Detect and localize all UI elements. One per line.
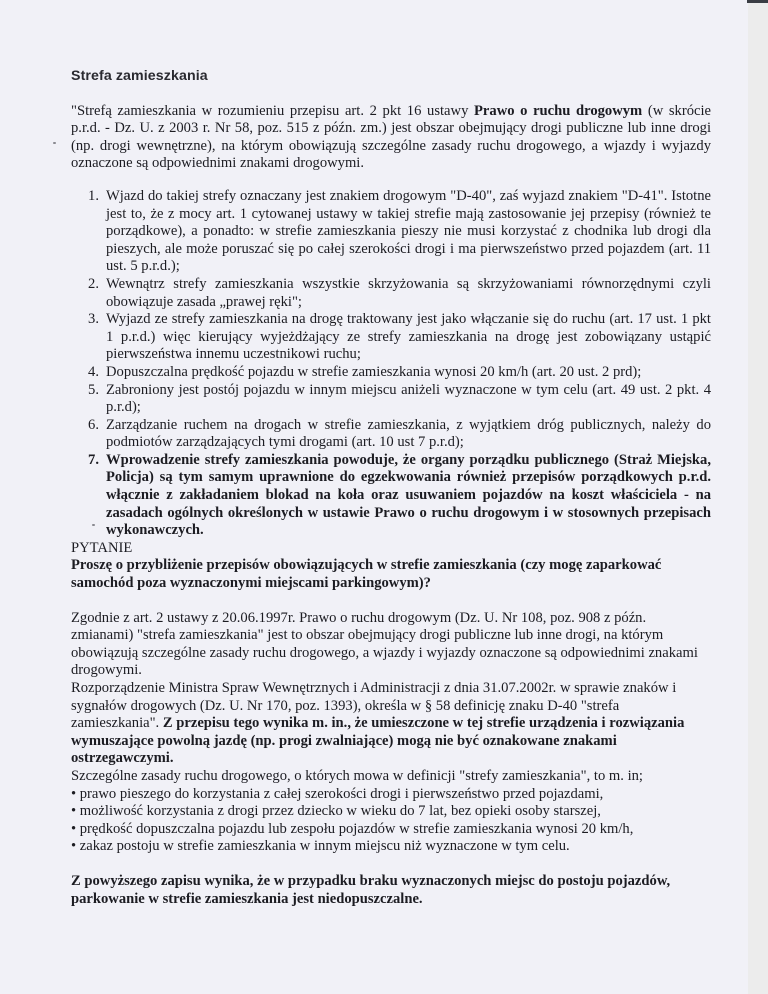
regulation-emphasis: Z przepisu tego wynika m. in., że umiesz…	[71, 715, 684, 766]
rule-item-1: Wjazd do takiej strefy oznaczany jest zn…	[106, 188, 711, 276]
intro-paragraph: "Strefą zamieszkania w rozumieniu przepi…	[71, 103, 711, 173]
bullet-item-2: • możliwość korzystania z drogi przez dz…	[71, 803, 711, 821]
question-text: Proszę o przybliżenie przepisów obowiązu…	[71, 557, 711, 592]
rule-item-3: Wyjazd ze strefy zamieszkania na drogę t…	[106, 311, 711, 364]
bullet-item-1: • prawo pieszego do korzystania z całej …	[71, 786, 711, 804]
scan-edge-strip	[748, 0, 768, 994]
rule-item-4: Dopuszczalna prędkość pojazdu w strefie …	[106, 364, 711, 382]
answer-section: Zgodnie z art. 2 ustawy z 20.06.1997r. P…	[71, 610, 711, 856]
scan-corner-mark	[747, 0, 768, 3]
rule-item-6: Zarządzanie ruchem na drogach w strefie …	[106, 417, 711, 452]
spacer	[71, 856, 711, 873]
intro-text-start: "Strefą zamieszkania w rozumieniu przepi…	[71, 103, 474, 119]
rule-item-5: Zabroniony jest postój pojazdu w innym m…	[106, 382, 711, 417]
intro-law-name: Prawo o ruchu drogowym	[474, 103, 642, 119]
rule-item-2: Wewnątrz strefy zamieszkania wszystkie s…	[106, 276, 711, 311]
bullet-item-3: • prędkość dopuszczalna pojazdu lub zesp…	[71, 821, 711, 839]
scan-speck	[53, 142, 56, 144]
bullet-item-4: • zakaz postoju w strefie zamieszkania w…	[71, 838, 711, 856]
answer-paragraph-regulation: Rozporządzenie Ministra Spraw Wewnętrzny…	[71, 680, 711, 768]
rules-list: Wjazd do takiej strefy oznaczany jest zn…	[71, 188, 711, 540]
document-title: Strefa zamieszkania	[71, 68, 711, 86]
document-body: Strefa zamieszkania "Strefą zamieszkania…	[71, 68, 711, 908]
scanned-page: Strefa zamieszkania "Strefą zamieszkania…	[0, 0, 748, 994]
rule-item-7: Wprowadzenie strefy zamieszkania powoduj…	[106, 452, 711, 540]
question-heading: PYTANIE	[71, 540, 711, 558]
answer-paragraph-rules-intro: Szczególne zasady ruchu drogowego, o któ…	[71, 768, 711, 786]
conclusion-paragraph: Z powyższego zapisu wynika, że w przypad…	[71, 873, 711, 908]
answer-paragraph-law: Zgodnie z art. 2 ustawy z 20.06.1997r. P…	[71, 610, 711, 680]
